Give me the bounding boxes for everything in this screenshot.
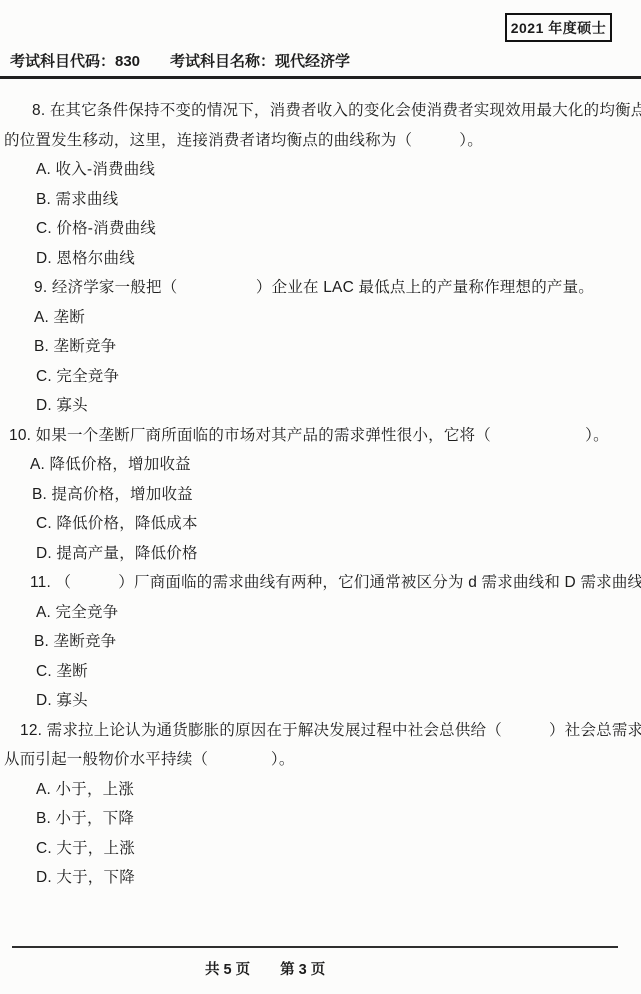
year-badge-label: 2021 年度硕士 — [511, 18, 607, 38]
exam-body: 8. 在其它条件保持不变的情况下，消费者收入的变化会使消费者实现效用最大化的均衡… — [0, 96, 641, 893]
question-10-option-b: B. 提高价格，增加收益 — [0, 480, 641, 510]
page-footer: 共 5 页 第 3 页 — [205, 958, 325, 979]
question-12-option-a: A. 小于，上涨 — [0, 775, 641, 805]
question-8-option-b: B. 需求曲线 — [0, 185, 641, 215]
question-10-option-c: C. 降低价格，降低成本 — [0, 509, 641, 539]
question-10-option-a: A. 降低价格，增加收益 — [0, 450, 641, 480]
question-12-option-c: C. 大于，上涨 — [0, 834, 641, 864]
question-12-option-d: D. 大于，下降 — [0, 863, 641, 893]
question-8-option-a: A. 收入-消费曲线 — [0, 155, 641, 185]
question-11-option-c: C. 垄断 — [0, 657, 641, 687]
question-9-option-c: C. 完全竞争 — [0, 362, 641, 392]
year-badge: 2021 年度硕士 — [505, 13, 612, 42]
question-9-stem-line-1: 9. 经济学家一般把（ ）企业在 LAC 最低点上的产量称作理想的产量。 — [0, 273, 641, 303]
question-11-option-a: A. 完全竞争 — [0, 598, 641, 628]
subject-name: 考试科目名称：现代经济学 — [170, 50, 350, 71]
subject-code: 考试科目代码：830 — [10, 50, 140, 71]
header-rule — [0, 76, 641, 79]
question-11-option-b: B. 垄断竞争 — [0, 627, 641, 657]
exam-header: 考试科目代码：830 考试科目名称：现代经济学 — [10, 50, 350, 71]
question-9-option-b: B. 垄断竞争 — [0, 332, 641, 362]
question-9-option-d: D. 寡头 — [0, 391, 641, 421]
total-pages: 共 5 页 — [205, 958, 250, 979]
question-8-stem-line-2: 的位置发生移动，这里，连接消费者诸均衡点的曲线称为（ ）。 — [0, 126, 641, 156]
footer-rule — [12, 946, 618, 948]
question-12-option-b: B. 小于，下降 — [0, 804, 641, 834]
question-11-option-d: D. 寡头 — [0, 686, 641, 716]
question-9-option-a: A. 垄断 — [0, 303, 641, 333]
question-12-stem-line-1: 12. 需求拉上论认为通货膨胀的原因在于解决发展过程中社会总供给（ ）社会总需求… — [0, 716, 641, 746]
question-8-stem-line-1: 8. 在其它条件保持不变的情况下，消费者收入的变化会使消费者实现效用最大化的均衡… — [0, 96, 641, 126]
question-11-stem-line-1: 11. （ ）厂商面临的需求曲线有两种，它们通常被区分为 d 需求曲线和 D 需… — [0, 568, 641, 598]
question-10-option-d: D. 提高产量，降低价格 — [0, 539, 641, 569]
exam-page: 2021 年度硕士 考试科目代码：830 考试科目名称：现代经济学 8. 在其它… — [0, 0, 641, 994]
question-8-option-c: C. 价格-消费曲线 — [0, 214, 641, 244]
current-page: 第 3 页 — [280, 958, 325, 979]
question-12-stem-line-2: 从而引起一般物价水平持续（ ）。 — [0, 745, 641, 775]
question-10-stem-line-1: 10. 如果一个垄断厂商所面临的市场对其产品的需求弹性很小，它将（ ）。 — [0, 421, 641, 451]
question-8-option-d: D. 恩格尔曲线 — [0, 244, 641, 274]
